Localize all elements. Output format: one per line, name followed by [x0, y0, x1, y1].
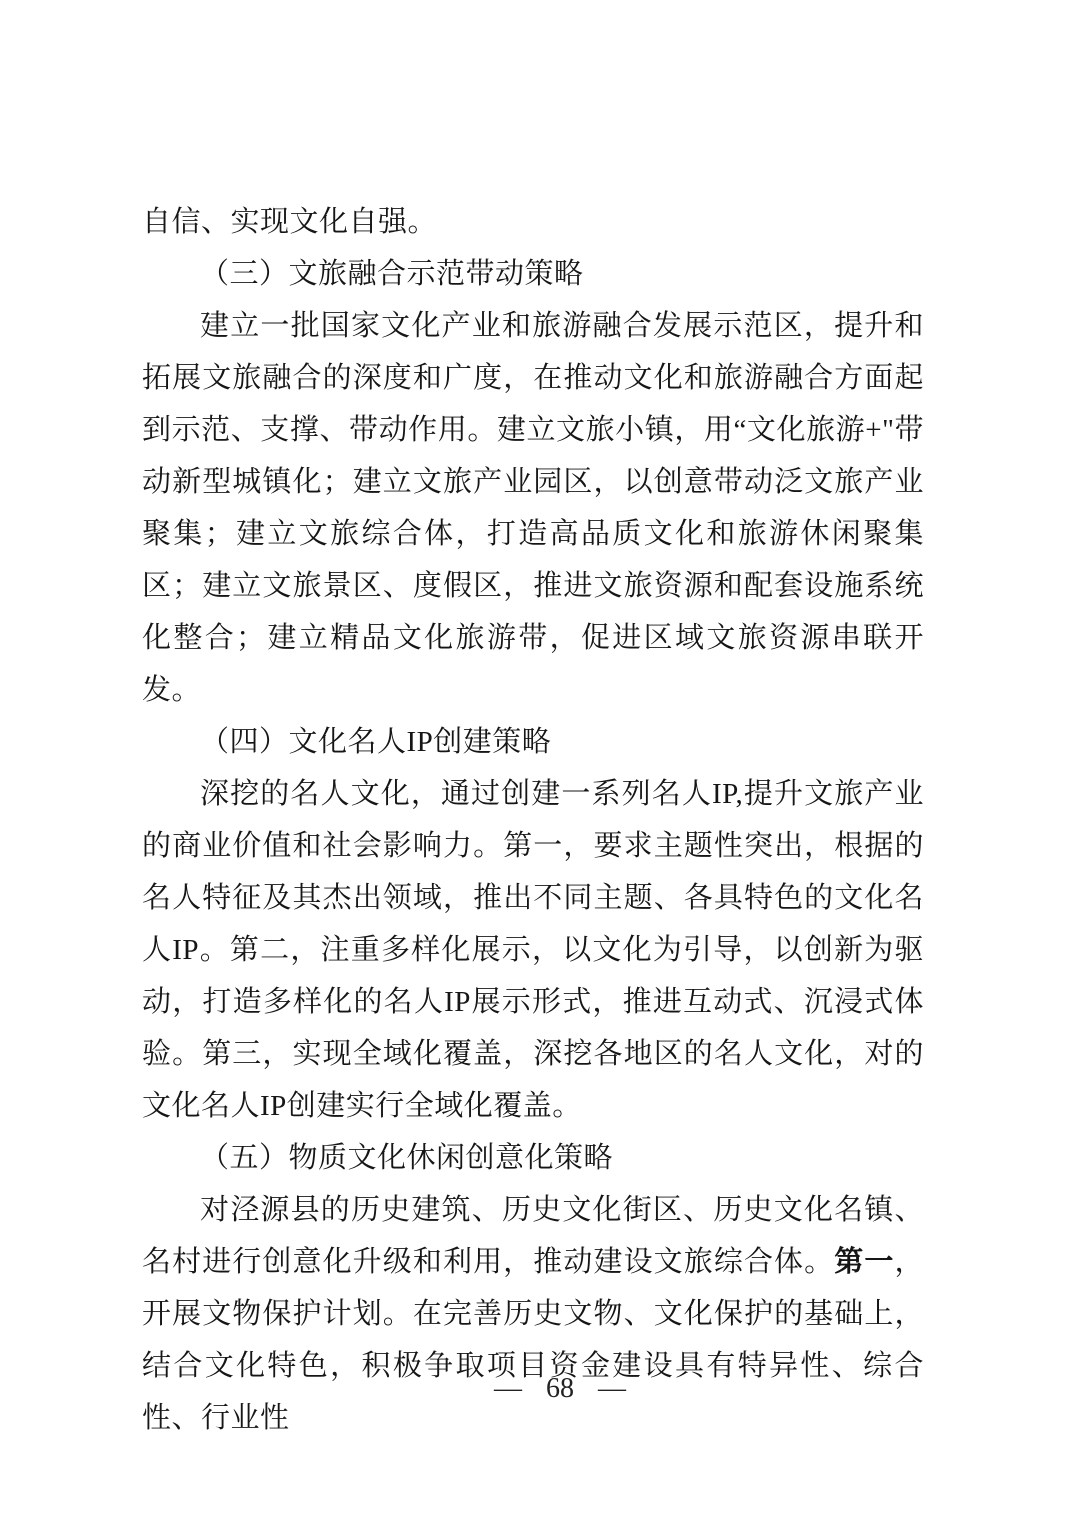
text-run: （五）物质文化休闲创意化策略: [200, 1142, 613, 1174]
text-run: 建立一批国家文化产业和旅游融合发展示范区，提升和拓展文旅融合的深度和广度，在推动…: [142, 310, 924, 706]
paragraph-section-3: 建立一批国家文化产业和旅游融合发展示范区，提升和拓展文旅融合的深度和广度，在推动…: [142, 300, 924, 716]
text-run-bold: 第一: [834, 1246, 894, 1278]
page-body: 自信、实现文化自强。 （三）文旅融合示范带动策略 建立一批国家文化产业和旅游融合…: [142, 196, 924, 1444]
page-footer: —68—: [25, 1372, 1070, 1406]
text-run: 对泾源县的历史建筑、历史文化街区、历史文化名镇、名村进行创意化升级和利用，推动建…: [142, 1194, 924, 1278]
text-run: （三）文旅融合示范带动策略: [200, 258, 584, 290]
text-run: （四）文化名人IP创建策略: [200, 726, 551, 758]
footer-dash-right: —: [598, 1372, 626, 1406]
section-heading-5: （五）物质文化休闲创意化策略: [142, 1132, 924, 1184]
page-number: 68: [546, 1372, 574, 1406]
section-heading-3: （三）文旅融合示范带动策略: [142, 248, 924, 300]
paragraph-section-4: 深挖的名人文化，通过创建一系列名人IP,提升文旅产业的商业价值和社会影响力。第一…: [142, 768, 924, 1132]
footer-dash-left: —: [494, 1372, 522, 1406]
paragraph-continuation: 自信、实现文化自强。: [142, 196, 924, 248]
text-run: 深挖的名人文化，通过创建一系列名人IP,提升文旅产业的商业价值和社会影响力。第一…: [142, 778, 924, 1122]
document-page: 自信、实现文化自强。 （三）文旅融合示范带动策略 建立一批国家文化产业和旅游融合…: [0, 0, 1070, 1515]
section-heading-4: （四）文化名人IP创建策略: [142, 716, 924, 768]
text-run: 自信、实现文化自强。: [142, 206, 437, 238]
